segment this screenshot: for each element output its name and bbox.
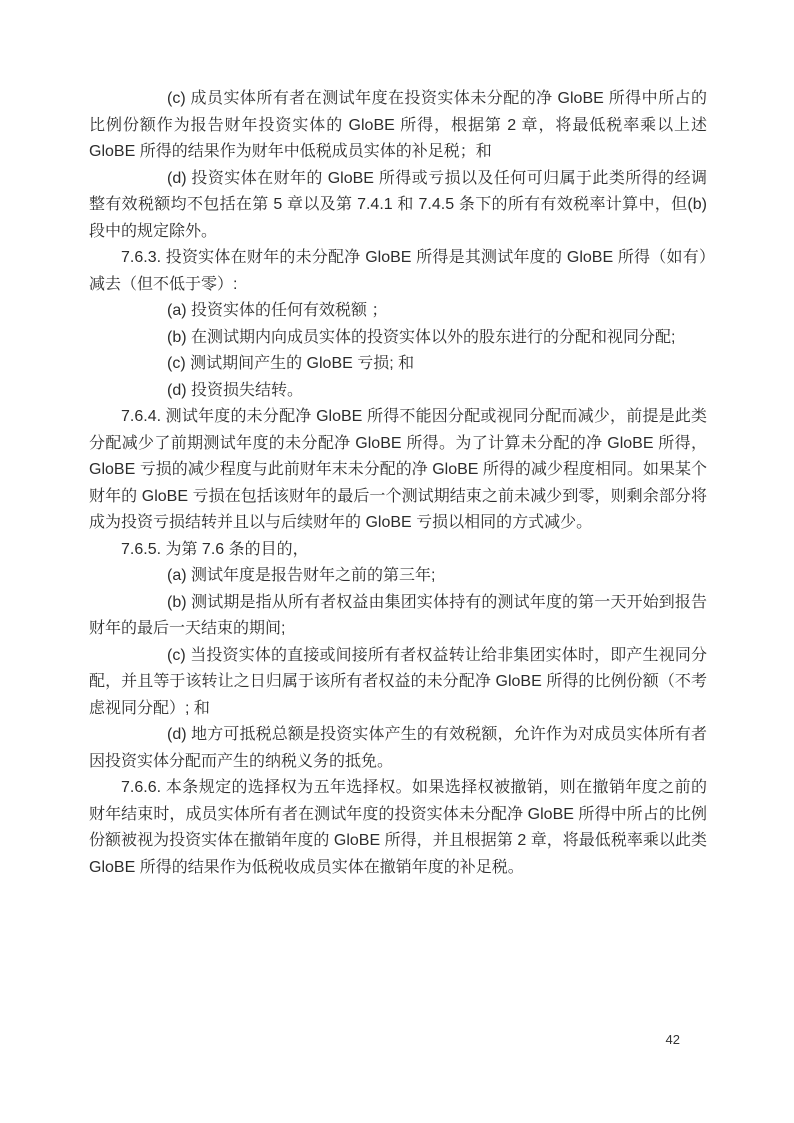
clause-765def-b: (b) 测试期是指从所有者权益由集团实体持有的测试年度的第一天开始到报告财年的最… bbox=[89, 590, 707, 643]
clause-763-a: (a) 投资实体的任何有效税额 ； bbox=[89, 298, 707, 325]
page-number: 42 bbox=[600, 1032, 680, 1047]
document-body: (c) 成员实体所有者在测试年度在投资实体未分配的净 GloBE 所得中所占的比… bbox=[89, 86, 707, 881]
clause-763-c: (c) 测试期间产生的 GloBE 亏损; 和 bbox=[89, 351, 707, 378]
clause-763-d: (d) 投资损失结转。 bbox=[89, 378, 707, 405]
clause-765def-a: (a) 测试年度是报告财年之前的第三年; bbox=[89, 563, 707, 590]
clause-765def-c: (c) 当投资实体的直接或间接所有者权益转让给非集团实体时，即产生视同分配，并且… bbox=[89, 643, 707, 723]
section-7-6-6: 7.6.6. 本条规定的选择权为五年选择权。如果选择权被撤销，则在撤销年度之前的… bbox=[89, 775, 707, 881]
clause-765-c: (c) 成员实体所有者在测试年度在投资实体未分配的净 GloBE 所得中所占的比… bbox=[89, 86, 707, 166]
section-7-6-4: 7.6.4. 测试年度的未分配净 GloBE 所得不能因分配或视同分配而减少，前… bbox=[89, 404, 707, 537]
clause-763-b: (b) 在测试期内向成员实体的投资实体以外的股东进行的分配和视同分配; bbox=[89, 325, 707, 352]
clause-765-d: (d) 投资实体在财年的 GloBE 所得或亏损以及任何可归属于此类所得的经调整… bbox=[89, 166, 707, 246]
clause-765def-d: (d) 地方可抵税总额是投资实体产生的有效税额，允许作为对成员实体所有者因投资实… bbox=[89, 722, 707, 775]
document-page: (c) 成员实体所有者在测试年度在投资实体未分配的净 GloBE 所得中所占的比… bbox=[0, 0, 794, 1123]
section-7-6-5: 7.6.5. 为第 7.6 条的目的， bbox=[89, 537, 707, 564]
section-7-6-3: 7.6.3. 投资实体在财年的未分配净 GloBE 所得是其测试年度的 GloB… bbox=[89, 245, 707, 298]
